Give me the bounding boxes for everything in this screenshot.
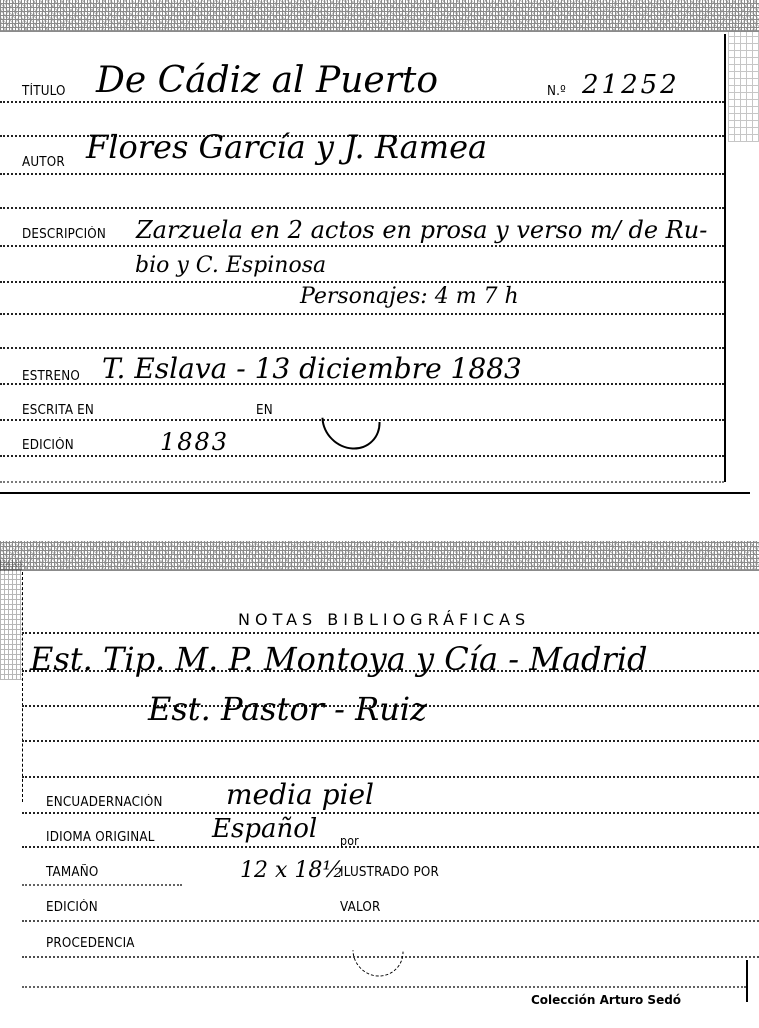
card-front-right-border [724,34,726,482]
field-value-numero: 21252 [582,70,680,100]
rule [0,207,724,209]
field-label-por: por [340,834,359,848]
rule [0,481,724,483]
field-value-titulo: De Cádiz al Puerto [96,60,438,101]
field-label: DESCRIPCIÓN [22,227,106,242]
scan-noise-left [0,560,22,680]
field-value-descripcion-line2: bio y C. Espinosa [135,253,326,278]
field-label: N.º [547,84,566,99]
field-label: AUTOR [22,155,65,170]
field-value-autor: Flores García y J. Ramea [86,128,487,166]
field-value-idioma: Español [212,814,317,844]
field-label: TÍTULO [22,84,66,99]
rule [22,632,759,634]
rule [22,776,759,778]
rule [22,884,182,886]
rule [22,740,759,742]
field-value-estreno: T. Eslava - 13 diciembre 1883 [102,352,522,385]
field-label: ESCRITA EN [22,403,94,418]
field-label: PROCEDENCIA [46,936,135,951]
scan-noise-middle [0,541,759,571]
rule [22,812,759,814]
field-label-en: EN [256,403,273,418]
notes-heading: NOTAS BIBLIOGRÁFICAS [238,610,530,629]
scan-noise-top [0,0,759,32]
field-value-personajes: Personajes: 4 m 7 h [300,284,519,309]
field-value-descripcion-line1: Zarzuela en 2 actos en prosa y verso m/ … [136,216,707,244]
rule [22,986,746,988]
rule [0,245,724,247]
field-label: EDICIÓN [46,900,98,915]
field-label: IDIOMA ORIGINAL [46,830,155,845]
scan-noise-right [728,32,759,142]
field-value-edicion: 1883 [160,428,229,456]
field-value-tamano: 12 x 18½ [240,858,344,883]
card-back-left-border [22,572,23,802]
punch-hole-mark [342,915,414,987]
field-label-valor: VALOR [340,900,380,915]
rule [22,920,759,922]
rule [0,281,724,283]
field-value-encuadernacion: media piel [226,778,374,811]
rule [22,846,759,848]
rule [0,173,724,175]
field-label: EDICIÓN [22,438,74,453]
field-label: TAMAÑO [46,865,99,880]
card-back-right-border [746,960,748,1002]
field-label-ilustrado-por: ILUSTRADO POR [340,865,439,880]
field-label: ESTRENO [22,369,80,384]
field-label: ENCUADERNACIÓN [46,795,163,810]
note-line-1: Est. Tip. M. P. Montoya y Cía - Madrid [30,640,648,678]
rule [0,101,724,103]
rule [0,313,724,315]
rule [0,347,724,349]
rule [0,455,724,457]
collection-footer: Colección Arturo Sedó [531,993,681,1007]
card-separator-line [0,492,750,494]
note-line-2: Est. Pastor - Ruiz [148,690,427,728]
punch-hole-mark [309,378,392,461]
